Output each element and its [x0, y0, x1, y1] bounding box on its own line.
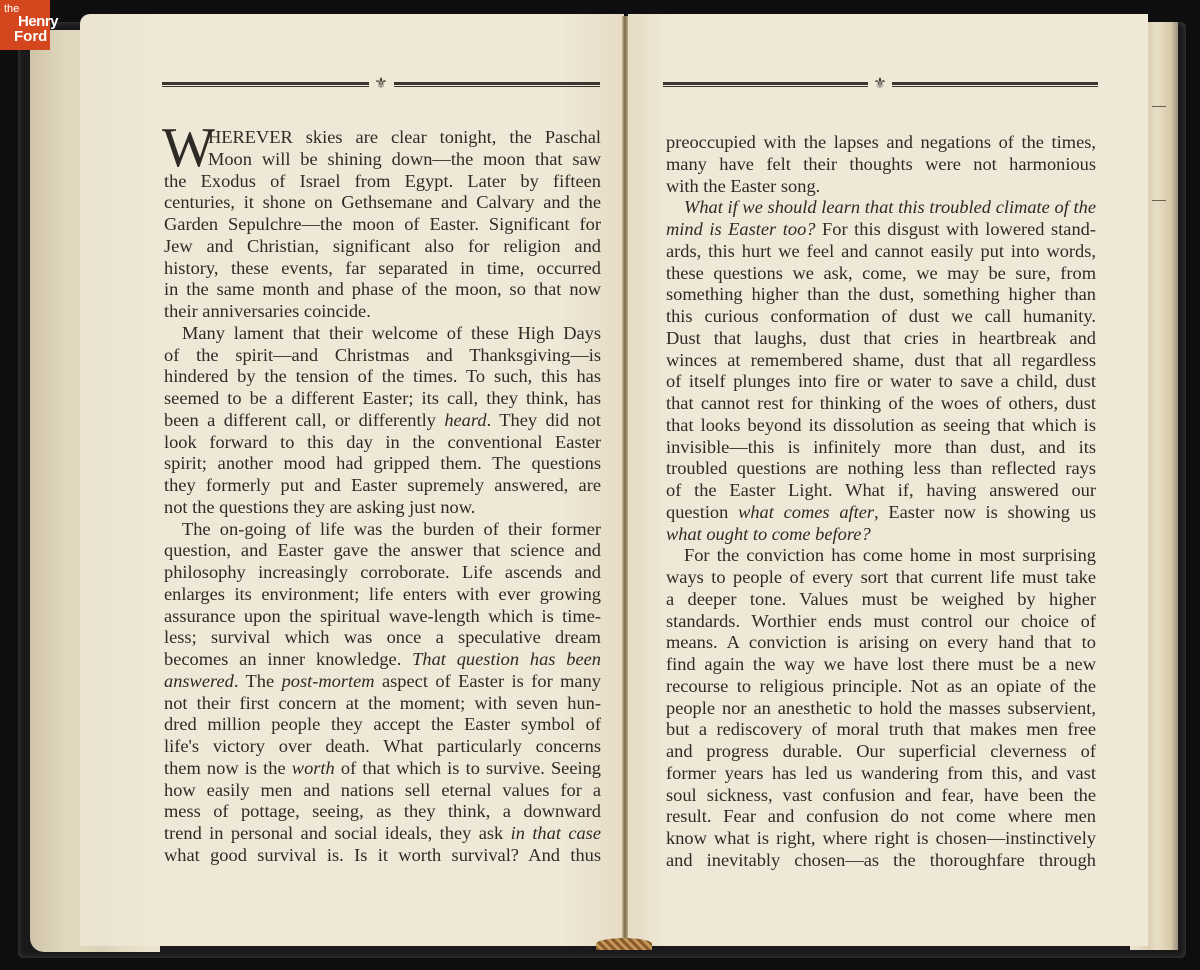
text-run: question [666, 502, 738, 522]
text-line: of the Easter Light. What if, having ans… [666, 480, 1096, 502]
text-line: what ought to come before? [666, 524, 1096, 546]
text-run: trend in personal and social ideals, the… [164, 823, 511, 843]
text-line: in the same month and phase of the moon,… [164, 279, 601, 301]
italic-run: in that case [511, 823, 601, 843]
text-line: history, these events, far separated in … [164, 258, 601, 280]
logo-ford: Ford [14, 28, 47, 45]
italic-run: what comes after [738, 502, 874, 522]
italic-run: What if we should learn that this troubl… [684, 197, 1096, 217]
ornament-rule [892, 82, 1098, 87]
left-header-ornament: ⚜ [162, 80, 602, 90]
text-line: but a rediscovery of moral truth that ma… [666, 719, 1096, 741]
italic-run: post-mortem [282, 671, 375, 691]
text-line: seemed to be a different Easter; its cal… [164, 388, 601, 410]
text-line: means. A conviction is arising on every … [666, 632, 1096, 654]
text-run: becomes an inner knowledge. [164, 649, 412, 669]
text-line: find again the way we have lost there mu… [666, 654, 1096, 676]
text-line: philosophy increasingly corroborate. Lif… [164, 562, 601, 584]
text-line: ways to people of every sort that curren… [666, 567, 1096, 589]
text-line: and progress durable. Our superficial cl… [666, 741, 1096, 763]
text-line: the Exodus of Israel from Egypt. Later b… [164, 171, 601, 193]
text-line: preoccupied with the lapses and negation… [666, 132, 1096, 154]
text-line: standards. Worthier ends must control ou… [666, 611, 1096, 633]
right-page-body: preoccupied with the lapses and negation… [666, 132, 1096, 872]
page-tab-mark [1152, 200, 1166, 201]
text-line: dred million people they accept the East… [164, 714, 601, 736]
text-line: many have felt their thoughts were not h… [666, 154, 1096, 176]
page-tab-mark [1152, 106, 1166, 107]
ornament-rule [162, 82, 369, 87]
text-line: that cannot rest for thinking of the woe… [666, 393, 1096, 415]
fleur-de-lis-icon: ⚜ [872, 74, 888, 93]
text-line: this curious conformation of dust we cal… [666, 306, 1096, 328]
text-line: something higher than the dust, somethin… [666, 284, 1096, 306]
left-page-body: HEREVER skies are clear tonight, the Pas… [164, 127, 601, 867]
text-line: a deeper tone. Values must be weighed by… [666, 589, 1096, 611]
text-line: their anniversaries coincide. [164, 301, 601, 323]
text-line: enlarges its environment; life enters wi… [164, 584, 601, 606]
text-line: people nor an anesthetic to hold the mas… [666, 698, 1096, 720]
book-headband [596, 938, 652, 950]
text-run: , Easter now is showing us [874, 502, 1096, 522]
text-line: invisible—this is infinitely more than d… [666, 437, 1096, 459]
text-line: Garden Sepulchre—the moon of Easter. Sig… [164, 214, 601, 236]
text-line: with the Easter song. [666, 176, 1096, 198]
text-line: hindered by the tension of the times. To… [164, 366, 601, 388]
text-line: centuries, it shone on Gethsemane and Ca… [164, 192, 601, 214]
italic-run: what ought to come before? [666, 524, 871, 544]
text-line: not the questions they are asking just n… [164, 497, 601, 519]
text-line: becomes an inner knowledge. That questio… [164, 649, 601, 671]
text-line: mind is Easter too? For this disgust wit… [666, 219, 1096, 241]
text-line: spirit; another mood had gripped them. T… [164, 453, 601, 475]
right-header-ornament: ⚜ [663, 80, 1099, 90]
text-line: result. Fear and confusion do not come w… [666, 806, 1096, 828]
italic-run: heard [444, 410, 486, 430]
italic-run: answered [164, 671, 234, 691]
text-line: been a different call, or differently he… [164, 410, 601, 432]
text-line: What if we should learn that this troubl… [666, 197, 1096, 219]
text-line: soul sickness, vast confusion and fear, … [666, 785, 1096, 807]
henry-ford-logo: the Henry Ford [0, 0, 50, 50]
text-line: of itself plunges into fire or water to … [666, 371, 1096, 393]
text-run: of that which is to survive. Seeing [335, 758, 601, 778]
italic-run: worth [292, 758, 335, 778]
text-line: troubled questions are nothing less than… [666, 458, 1096, 480]
text-line: not their first concern at the moment; w… [164, 693, 601, 715]
text-run: . They did not [487, 410, 601, 430]
ornament-rule [663, 82, 868, 87]
text-line: Jew and Christian, significant also for … [164, 236, 601, 258]
text-run: . The [234, 671, 282, 691]
ornament-rule [394, 82, 600, 87]
text-line: look forward to this day in the conventi… [164, 432, 601, 454]
text-line: former years has led us wandering from t… [666, 763, 1096, 785]
text-line: life's victory over death. What particul… [164, 736, 601, 758]
text-line: HEREVER skies are clear tonight, the Pas… [164, 127, 601, 149]
text-line: ards, this hurt we feel and cannot easil… [666, 241, 1096, 263]
text-line: that looks beyond its dissolution as see… [666, 415, 1096, 437]
italic-run: That question has been [412, 649, 601, 669]
text-line: of the spirit—and Christmas and Thanksgi… [164, 345, 601, 367]
text-line: less; survival which was once a speculat… [164, 627, 601, 649]
logo-the: the [4, 3, 19, 15]
text-line: The on-going of life was the burden of t… [164, 519, 601, 541]
text-line: them now is the worth of that which is t… [164, 758, 601, 780]
text-run: aspect of Easter is for many [375, 671, 601, 691]
text-run: been a different call, or differently [164, 410, 444, 430]
book-gutter [622, 16, 628, 948]
text-line: Many lament that their welcome of these … [164, 323, 601, 345]
text-line: For the conviction has come home in most… [666, 545, 1096, 567]
text-line: question what comes after, Easter now is… [666, 502, 1096, 524]
text-line: mess of pottage, seeing, as they think, … [164, 801, 601, 823]
text-line: what good survival is. Is it worth survi… [164, 845, 601, 867]
text-line: how easily men and nations sell eternal … [164, 780, 601, 802]
text-line: trend in personal and social ideals, the… [164, 823, 601, 845]
text-line: question, and Easter gave the answer tha… [164, 540, 601, 562]
text-line: and inevitably chosen—as the thoroughfar… [666, 850, 1096, 872]
text-line: Dust that laughs, dust that cries in hea… [666, 328, 1096, 350]
text-line: assurance upon the spiritual wave-length… [164, 606, 601, 628]
text-line: winces at remembered shame, dust that al… [666, 350, 1096, 372]
text-line: they formerly put and Easter supremely a… [164, 475, 601, 497]
text-line: know what is right, where right is chose… [666, 828, 1096, 850]
text-run: them now is the [164, 758, 292, 778]
italic-run: mind is Easter too? [666, 219, 815, 239]
text-run: For this disgust with lowered stand- [815, 219, 1096, 239]
text-line: Moon will be shining down—the moon that … [164, 149, 601, 171]
text-line: these questions we ask, come, we may be … [666, 263, 1096, 285]
text-line: answered. The post-mortem aspect of East… [164, 671, 601, 693]
fleur-de-lis-icon: ⚜ [373, 74, 389, 93]
text-line: recourse to religious principle. Not as … [666, 676, 1096, 698]
